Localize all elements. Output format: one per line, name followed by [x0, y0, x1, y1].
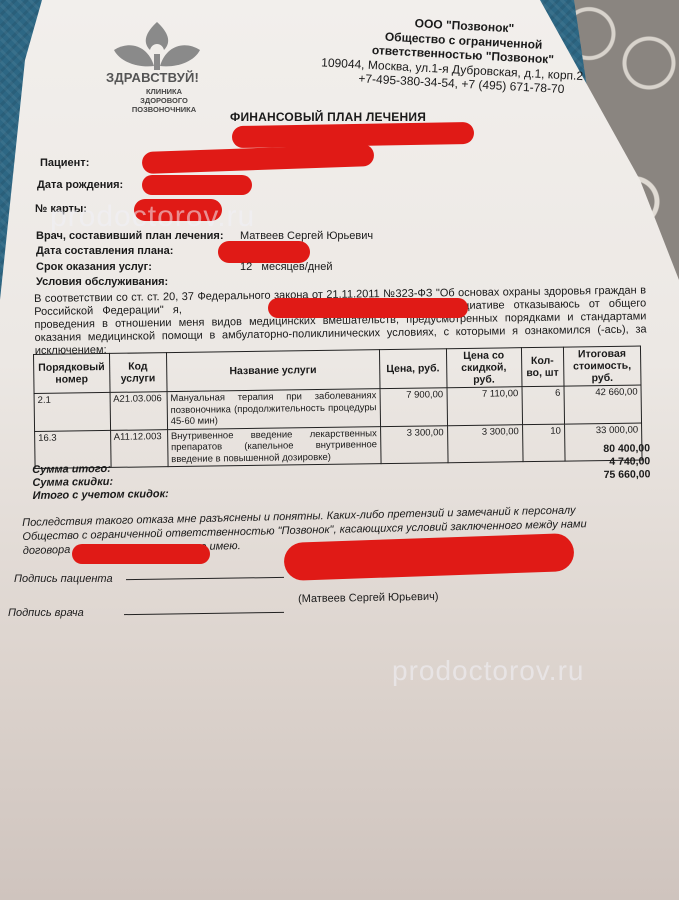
- redaction-bar: [268, 298, 468, 318]
- redaction-bar: [72, 544, 210, 564]
- brand-subtitle-line2: ПОЗВОНОЧНИКА: [124, 105, 204, 114]
- sum-total-label: Сумма итого:: [32, 463, 111, 476]
- doctor-signature-name: (Матвеев Сергей Юрьевич): [298, 591, 439, 605]
- document-title: ФИНАНСОВЫЙ ПЛАН ЛЕЧЕНИЯ: [230, 110, 426, 124]
- row-name: Мануальная терапия при заболеваниях позв…: [167, 389, 380, 429]
- patient-signature-label: Подпись пациента: [14, 573, 113, 585]
- conditions-label: Условия обслуживания:: [36, 276, 168, 288]
- redaction-bar: [142, 175, 252, 195]
- clinic-brand-name: ЗДРАВСТВУЙ!: [106, 70, 199, 85]
- header-total: Итоговая стоимость, руб.: [563, 346, 641, 386]
- header-discount-price: Цена со скидкой, руб.: [446, 348, 522, 388]
- term-value: 12 месяцев/дней: [240, 261, 333, 273]
- financial-plan-document: ЗДРАВСТВУЙ! КЛИНИКА ЗДОРОВОГО ПОЗВОНОЧНИ…: [0, 0, 679, 900]
- redaction-bar: [142, 144, 375, 174]
- card-number-label: № карты:: [35, 203, 87, 215]
- consequence-line3-start: договора: [23, 544, 71, 557]
- discount-total-value: 4 740,00: [609, 455, 650, 468]
- final-total-label: Итого с учетом скидок:: [33, 488, 169, 502]
- row-quantity: 6: [522, 386, 565, 424]
- organization-header: ООО "Позвонок" Общество с ограниченной о…: [331, 12, 594, 98]
- sum-total-value: 80 400,00: [603, 442, 650, 455]
- clinic-logo-icon: [112, 20, 202, 72]
- patient-signature-line[interactable]: [126, 577, 284, 580]
- birth-date-label: Дата рождения:: [37, 179, 123, 191]
- header-code: Код услуги: [109, 353, 167, 393]
- row-total: 42 660,00: [564, 385, 642, 424]
- watermark-bottom: prodoctorov.ru: [392, 655, 584, 687]
- final-total-value: 75 660,00: [604, 468, 651, 481]
- redaction-bar: [218, 241, 310, 263]
- header-quantity: Кол-во, шт: [521, 347, 564, 387]
- header-number: Порядковый номер: [34, 353, 110, 393]
- row-code: A21.03.006: [110, 392, 168, 430]
- header-price: Цена, руб.: [379, 349, 446, 389]
- plan-date-label: Дата составления плана:: [36, 245, 173, 257]
- doctor-signature-label: Подпись врача: [8, 607, 84, 619]
- doctor-label: Врач, составивший план лечения:: [36, 230, 223, 242]
- patient-label: Пациент:: [40, 157, 89, 169]
- header-name: Название услуги: [166, 350, 379, 392]
- term-label: Срок оказания услуг:: [36, 261, 152, 273]
- redaction-bar: [134, 199, 222, 221]
- clinic-brand-subtitle: КЛИНИКА ЗДОРОВОГО ПОЗВОНОЧНИКА: [124, 87, 204, 114]
- row-discount-price: 7 110,00: [447, 387, 523, 426]
- row-number: 2.1: [34, 392, 110, 431]
- row-price: 7 900,00: [380, 388, 447, 426]
- term-number: 12: [240, 261, 252, 273]
- doctor-signature-line[interactable]: [124, 612, 284, 615]
- brand-subtitle-line1: КЛИНИКА ЗДОРОВОГО: [124, 87, 204, 105]
- totals-block: 80 400,00 Сумма итого: 4 740,00 Сумма ск…: [30, 442, 651, 503]
- discount-total-label: Сумма скидки:: [32, 476, 113, 489]
- term-unit: месяцев/дней: [261, 261, 332, 273]
